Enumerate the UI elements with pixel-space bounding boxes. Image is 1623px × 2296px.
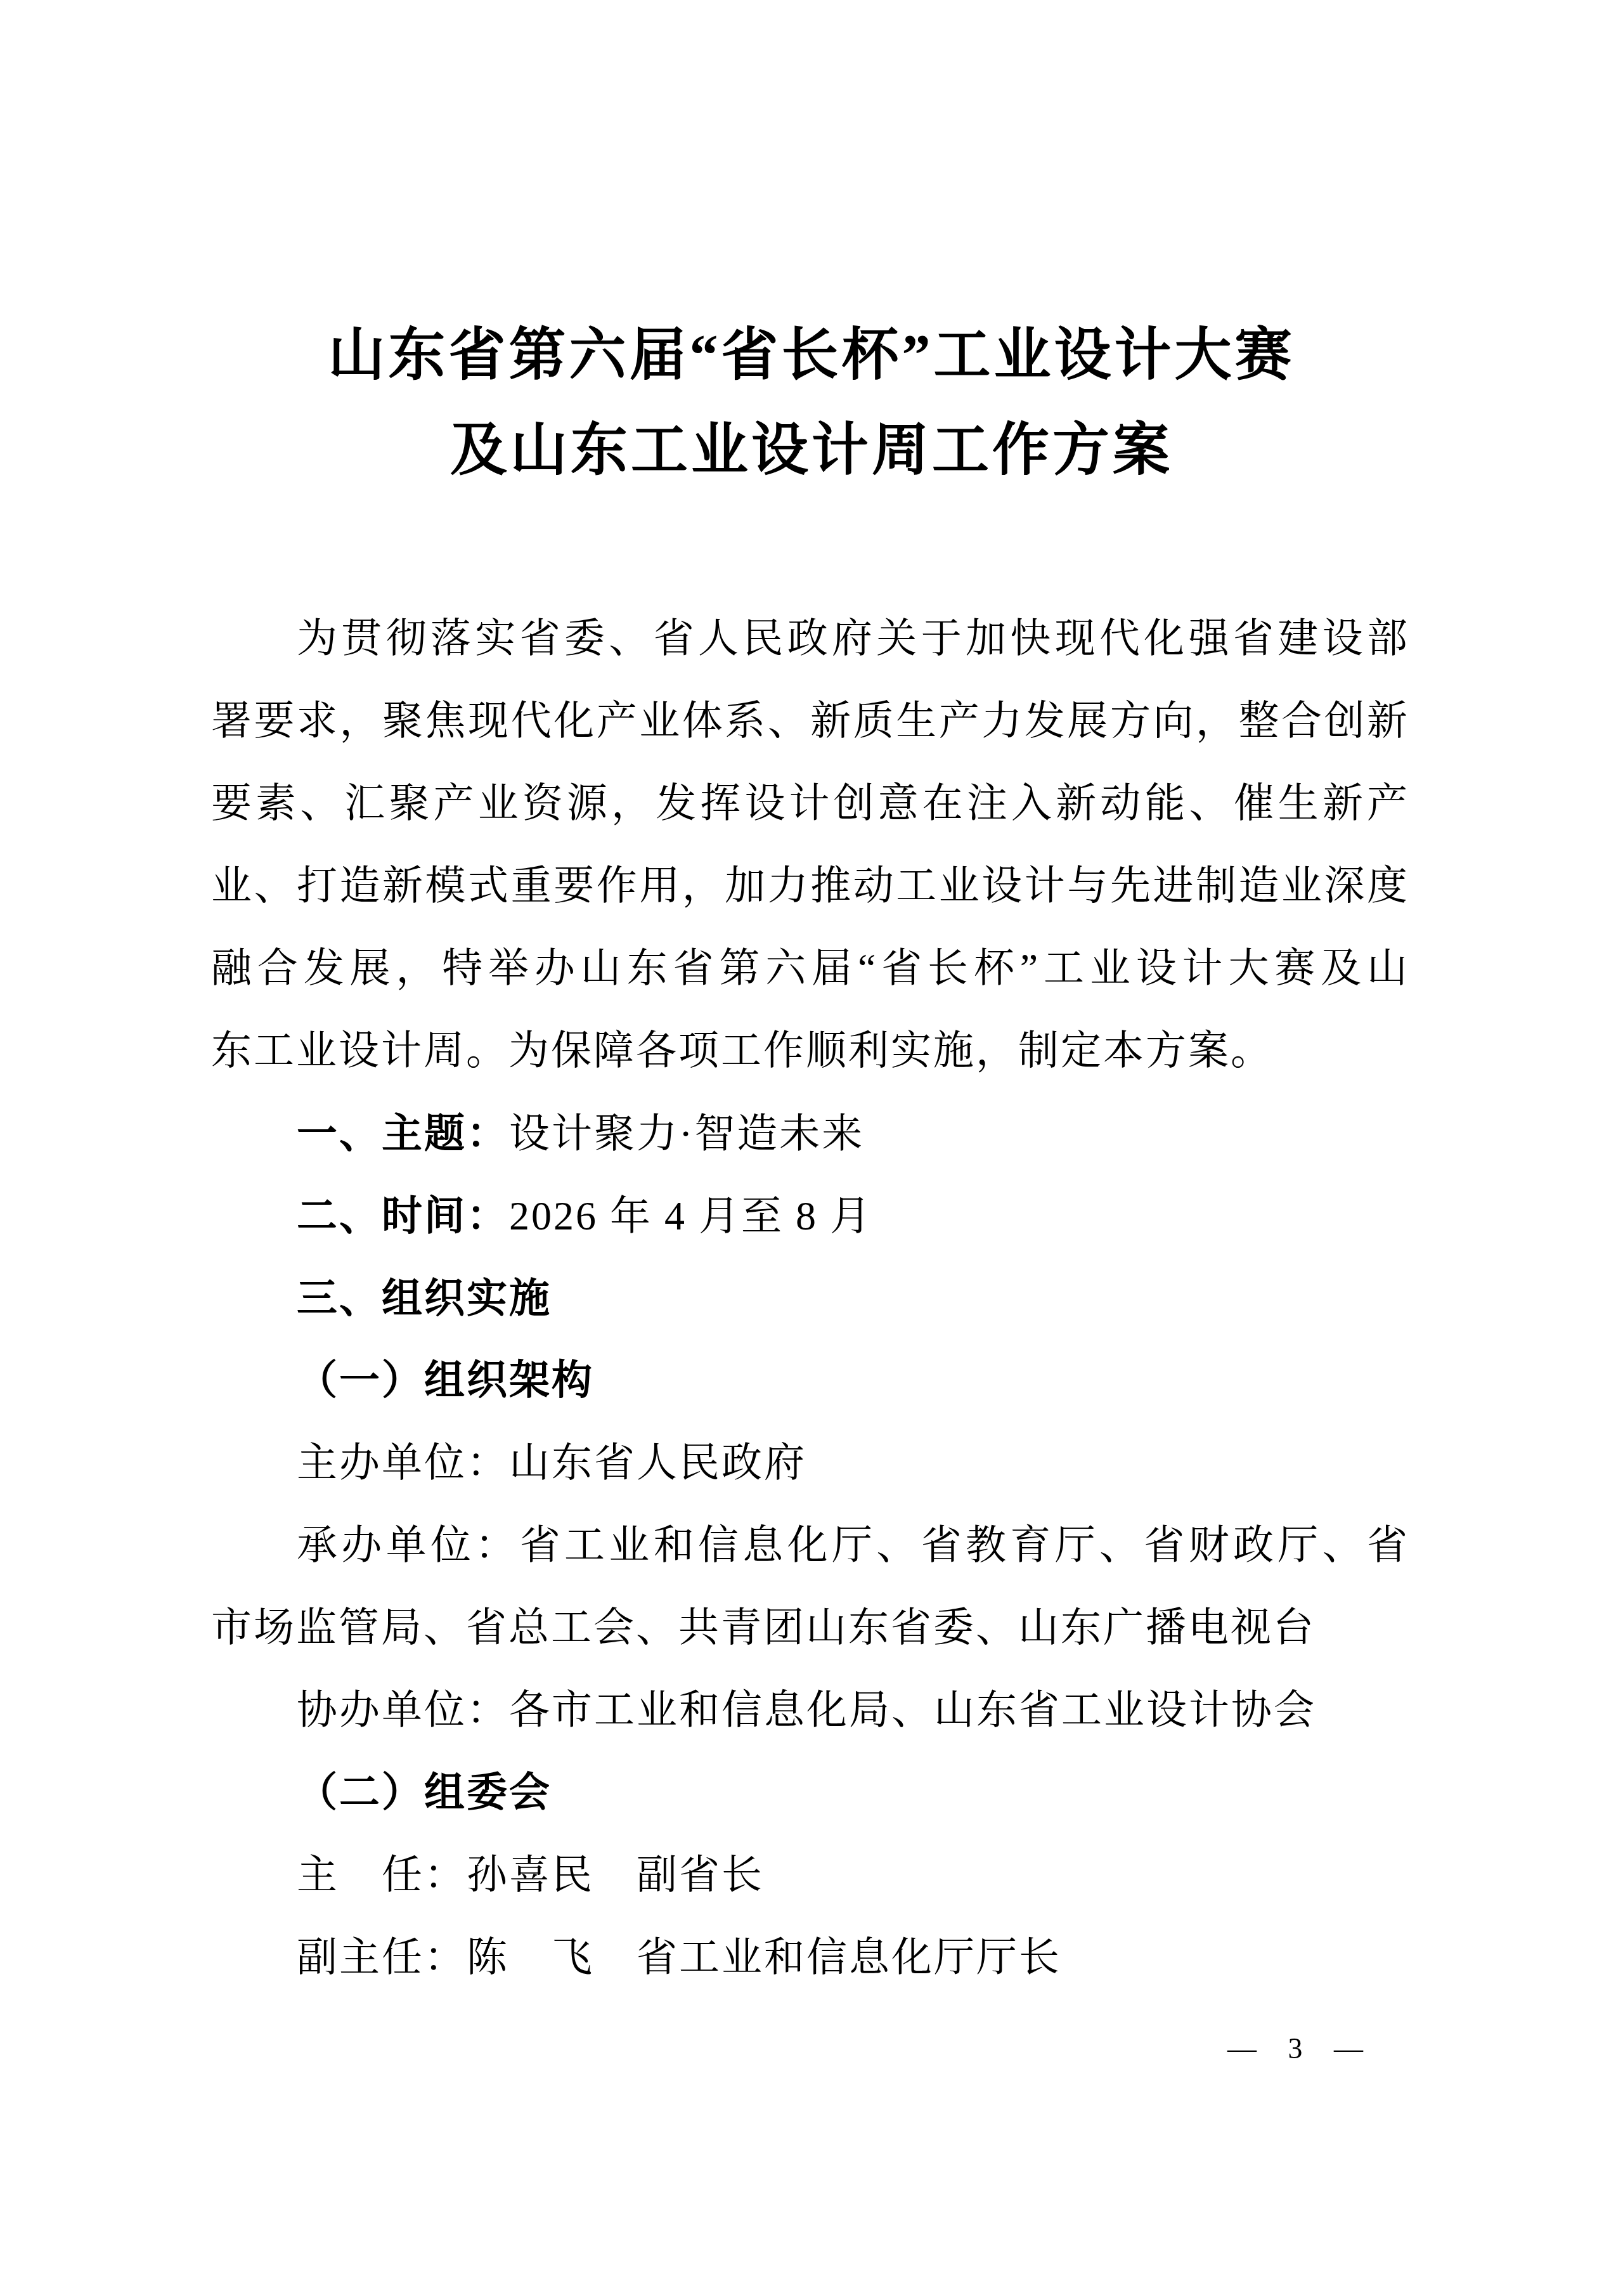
- subsection-committee-heading-text: （二）组委会: [297, 1770, 552, 1815]
- section-time: 二、时间：2026 年 4 月至 8 月: [211, 1174, 1409, 1257]
- intro-line-3: 要素、汇聚产业资源，发挥设计创意在注入新动能、催生新产: [211, 762, 1409, 845]
- subsection-committee-heading: （二）组委会: [211, 1751, 1409, 1834]
- section-theme-label: 一、主题：: [297, 1110, 509, 1156]
- subsection-structure-heading-text: （一）组织架构: [297, 1358, 594, 1403]
- intro-line-2: 署要求，聚焦现代化产业体系、新质生产力发展方向，整合创新: [211, 680, 1409, 762]
- committee-director-line: 主 任：孙喜民 副省长: [211, 1834, 1409, 1916]
- document-title: 山东省第六届“省长杯”工业设计大赛 及山东工业设计周工作方案: [212, 308, 1411, 498]
- document-page: 山东省第六届“省长杯”工业设计大赛 及山东工业设计周工作方案 为贯彻落实省委、省…: [0, 0, 1623, 2296]
- organizer-unit-line-2: 市场监管局、省总工会、共青团山东省委、山东广播电视台: [211, 1586, 1409, 1669]
- intro-line-1: 为贯彻落实省委、省人民政府关于加快现代化强省建设部: [211, 597, 1409, 680]
- section-organization-heading: 三、组织实施: [211, 1257, 1409, 1339]
- section-theme-value: 设计聚力·智造未来: [509, 1111, 864, 1156]
- host-unit-line: 主办单位：山东省人民政府: [211, 1422, 1409, 1504]
- document-body: 为贯彻落实省委、省人民政府关于加快现代化强省建设部 署要求，聚焦现代化产业体系、…: [211, 597, 1409, 1999]
- title-line-2: 及山东工业设计周工作方案: [212, 403, 1411, 498]
- title-line-1: 山东省第六届“省长杯”工业设计大赛: [212, 308, 1411, 403]
- co-organizer-unit-line: 协办单位：各市工业和信息化局、山东省工业设计协会: [211, 1669, 1409, 1751]
- committee-deputy-line: 副主任：陈 飞 省工业和信息化厅厅长: [211, 1916, 1409, 1999]
- intro-line-4: 业、打造新模式重要作用，加力推动工业设计与先进制造业深度: [211, 845, 1409, 927]
- page-number: — 3 —: [1227, 2027, 1369, 2071]
- subsection-structure-heading: （一）组织架构: [211, 1339, 1409, 1422]
- section-time-label: 二、时间：: [297, 1193, 509, 1238]
- intro-line-5: 融合发展，特举办山东省第六届“省长杯”工业设计大赛及山: [211, 927, 1409, 1009]
- section-theme: 一、主题：设计聚力·智造未来: [211, 1092, 1409, 1174]
- organizer-unit-line-1: 承办单位：省工业和信息化厅、省教育厅、省财政厅、省: [211, 1504, 1409, 1586]
- section-time-value: 2026 年 4 月至 8 月: [509, 1193, 872, 1238]
- intro-line-6: 东工业设计周。为保障各项工作顺利实施，制定本方案。: [211, 1009, 1409, 1092]
- section-organization-heading-text: 三、组织实施: [297, 1275, 552, 1321]
